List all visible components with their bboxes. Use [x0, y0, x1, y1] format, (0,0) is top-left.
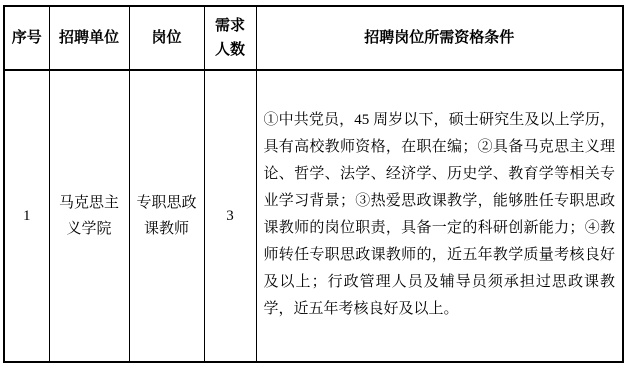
- header-unit: 招聘单位: [49, 6, 129, 70]
- recruitment-table: 序号 招聘单位 岗位 需求人数 招聘岗位所需资格条件 1 马克思主义学院 专职思…: [3, 5, 624, 363]
- header-seq: 序号: [4, 6, 49, 70]
- table-row: 1 马克思主义学院 专职思政课教师 3 ①中共党员，45 周岁以下，硕士研究生及…: [4, 70, 623, 362]
- cell-position: 专职思政课教师: [129, 70, 204, 362]
- page-canvas: 序号 招聘单位 岗位 需求人数 招聘岗位所需资格条件 1 马克思主义学院 专职思…: [0, 0, 625, 370]
- cell-seq: 1: [4, 70, 49, 362]
- cell-qualifications: ①中共党员，45 周岁以下，硕士研究生及以上学历，具有高校教师资格，在职在编；②…: [256, 70, 623, 362]
- header-position: 岗位: [129, 6, 204, 70]
- cell-unit: 马克思主义学院: [49, 70, 129, 362]
- header-qualifications: 招聘岗位所需资格条件: [256, 6, 623, 70]
- header-count: 需求人数: [204, 6, 256, 70]
- table-header-row: 序号 招聘单位 岗位 需求人数 招聘岗位所需资格条件: [4, 6, 623, 70]
- cell-count: 3: [204, 70, 256, 362]
